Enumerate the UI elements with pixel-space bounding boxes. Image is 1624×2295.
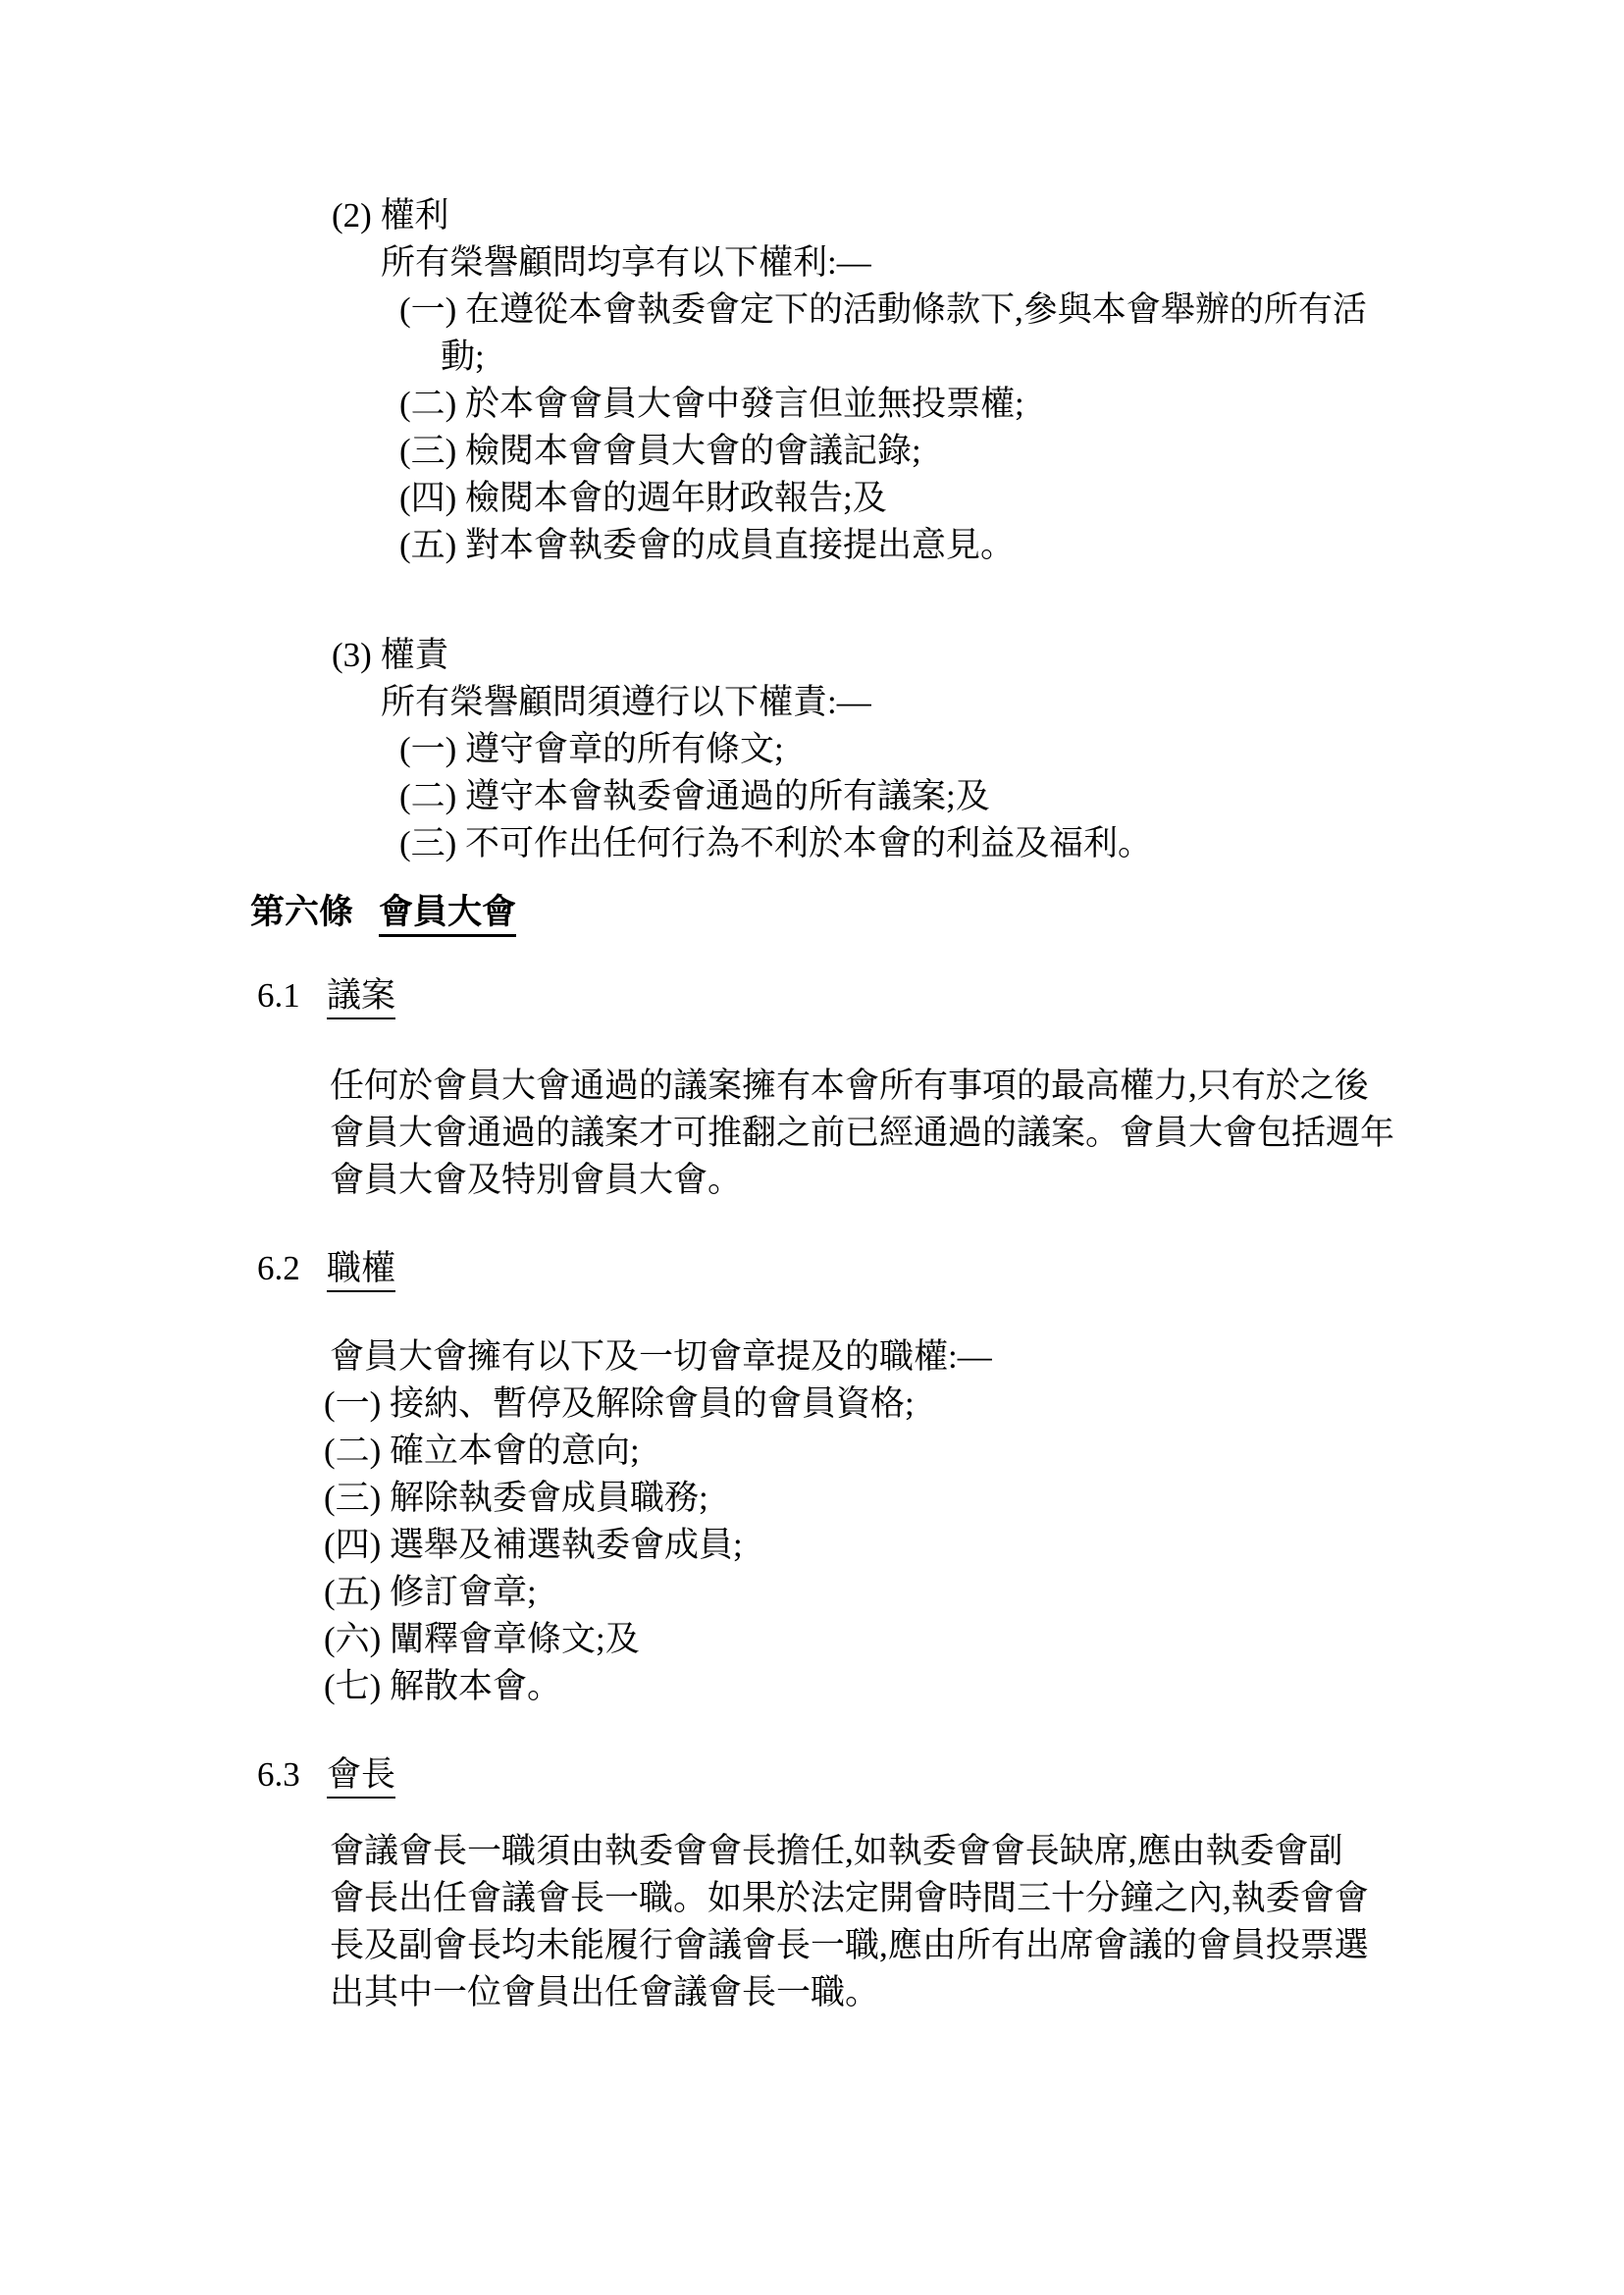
article6-number: 第六條 [250, 893, 353, 931]
powers-item-1: (一) 接納、暫停及解除會員的會員資格; [324, 1381, 1624, 1428]
duties-item-2: (二) 遵守本會執委會通過的所有議案;及 [399, 773, 1624, 820]
powers-item-4: (四) 選舉及補選執委會成員; [324, 1522, 1624, 1569]
powers-item-7: (七) 解散本會。 [324, 1663, 1624, 1710]
clause-6-3-title: 會長 [327, 1753, 395, 1799]
duties-item-3: (三) 不可作出任何行為不利於本會的利益及福利。 [399, 820, 1624, 867]
powers-item-2: (二) 確立本會的意向; [324, 1428, 1624, 1475]
article6-title: 會員大會 [379, 891, 516, 937]
rights-item-1: (一) 在遵從本會執委會定下的活動條款下,參與本會舉辦的所有活 動; [399, 287, 1624, 381]
clause-6-3-heading: 6.3會長 [257, 1751, 1624, 1799]
clause-6-2-title: 職權 [327, 1247, 395, 1292]
article6-heading: 第六條會員大會 [250, 889, 1624, 937]
clause-6-2-intro: 會員大會擁有以下及一切會章提及的職權:— [330, 1333, 1624, 1381]
clause-6-2-number: 6.2 [257, 1245, 327, 1292]
powers-item-6: (六) 闡釋會章條文;及 [324, 1616, 1624, 1663]
clause-6-2-heading: 6.2職權 [257, 1245, 1624, 1292]
powers-item-5: (五) 修訂會章; [324, 1569, 1624, 1616]
clause-6-1-body: 任何於會員大會通過的議案擁有本會所有事項的最高權力,只有於之後 會員大會通過的議… [330, 1063, 1624, 1204]
rights-item-5: (五) 對本會執委會的成員直接提出意見。 [399, 522, 1624, 569]
clause-6-1-number: 6.1 [257, 972, 327, 1019]
rights-item-2: (二) 於本會會員大會中發言但並無投票權; [399, 381, 1624, 428]
section-advisor-duties: (3) 權責 所有榮譽顧問須遵行以下權責:— (一) 遵守會章的所有條文; (二… [0, 632, 1624, 867]
clause-6-1-title: 議案 [327, 974, 395, 1019]
clause-6-1-heading: 6.1議案 [257, 972, 1624, 1019]
clause-6-3-number: 6.3 [257, 1751, 327, 1799]
duties-heading: (3) 權責 [332, 632, 1624, 679]
rights-item-3: (三) 檢閱本會會員大會的會議記錄; [399, 428, 1624, 475]
rights-heading: (2) 權利 [332, 192, 1624, 239]
duties-item-1: (一) 遵守會章的所有條文; [399, 726, 1624, 773]
clause-6-3-body: 會議會長一職須由執委會會長擔任,如執委會會長缺席,應由執委會副 會長出任會議會長… [330, 1828, 1624, 2016]
section-advisor-rights: (2) 權利 所有榮譽顧問均享有以下權利:— (一) 在遵從本會執委會定下的活動… [0, 192, 1624, 569]
document-page: (2) 權利 所有榮譽顧問均享有以下權利:— (一) 在遵從本會執委會定下的活動… [0, 0, 1624, 2295]
rights-item-4: (四) 檢閱本會的週年財政報告;及 [399, 475, 1624, 522]
powers-item-3: (三) 解除執委會成員職務; [324, 1475, 1624, 1522]
rights-intro: 所有榮譽顧問均享有以下權利:— [381, 239, 1624, 287]
duties-intro: 所有榮譽顧問須遵行以下權責:— [381, 679, 1624, 726]
